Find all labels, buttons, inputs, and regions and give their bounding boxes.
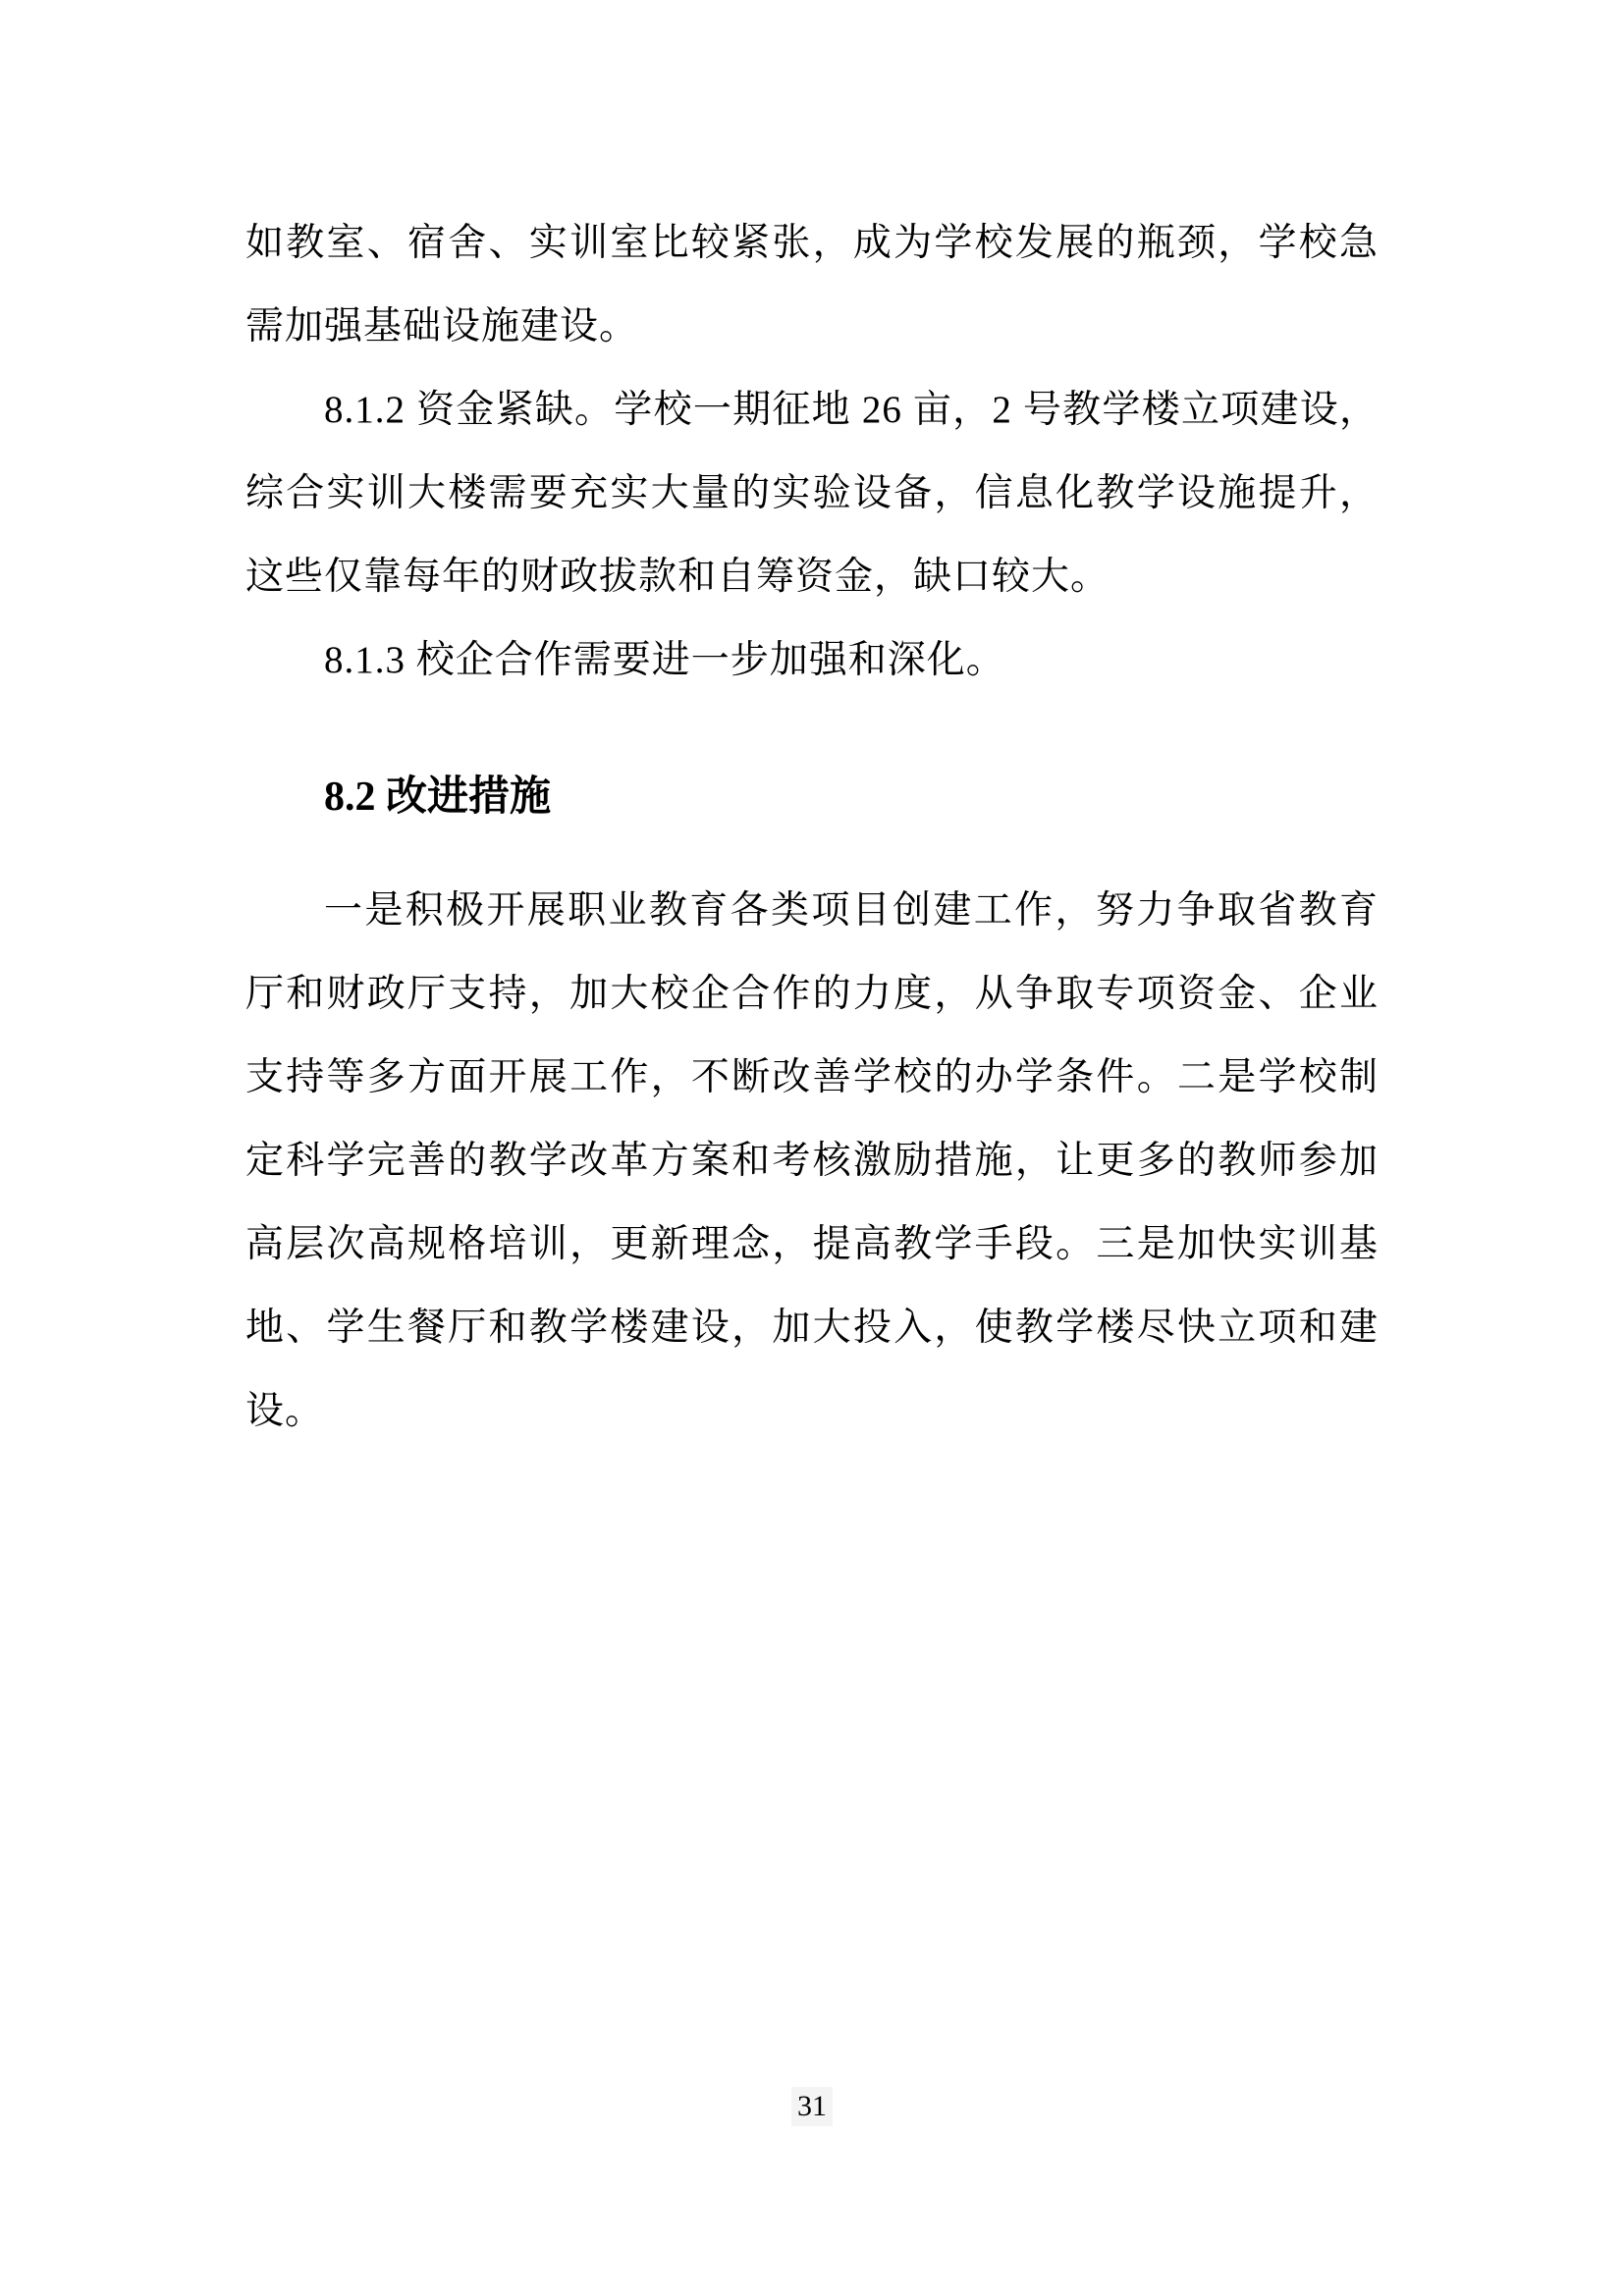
page-footer: 31 (0, 2087, 1624, 2126)
paragraph-improvement-measures: 一是积极开展职业教育各类项目创建工作，努力争取省教育厅和财政厅支持，加大校企合作… (245, 869, 1379, 1453)
page-content: 如教室、宿舍、实训室比较紧张，成为学校发展的瓶颈，学校急需加强基础设施建设。 8… (245, 201, 1379, 1453)
paragraph-8-1-2-funding-shortage: 8.1.2 资金紧缺。学校一期征地 26 亩，2 号教学楼立项建设，综合实训大楼… (245, 368, 1379, 618)
section-heading-8-2-improvement-measures: 8.2 改进措施 (245, 756, 1379, 839)
document-page: 如教室、宿舍、实训室比较紧张，成为学校发展的瓶颈，学校急需加强基础设施建设。 8… (0, 0, 1624, 2296)
paragraph-continuation: 如教室、宿舍、实训室比较紧张，成为学校发展的瓶颈，学校急需加强基础设施建设。 (245, 201, 1379, 368)
paragraph-8-1-3-school-enterprise: 8.1.3 校企合作需要进一步加强和深化。 (245, 618, 1379, 702)
page-number: 31 (791, 2087, 833, 2126)
